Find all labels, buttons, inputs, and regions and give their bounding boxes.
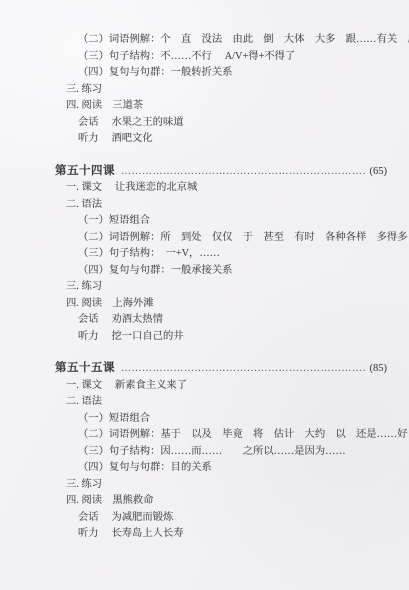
toc-line: 会话 劝酒太热情 xyxy=(78,312,409,329)
toc-line: 会话 为减肥而锻炼 xyxy=(78,510,409,527)
toc-line: 听力 长寿岛上人长寿 xyxy=(78,526,409,543)
toc-line: 四. 阅读 黑熊救命 xyxy=(66,493,409,510)
toc-line: 二. 语法 xyxy=(66,197,409,214)
toc-line: （二）词语例解：基于 以及 毕竟 将 估计 大约 以 还是……好 xyxy=(78,427,409,444)
lesson-title: 第五十四课 xyxy=(55,163,115,180)
toc-line: （三）句子结构：不……不行 A/V+得+不得了 xyxy=(78,49,409,66)
toc-line: （四）复句与句群：一般转折关系 xyxy=(78,65,409,82)
toc-section-lesson-55: 第五十五课 …………………………………………………………………………………………… xyxy=(0,360,409,543)
lesson-header: 第五十四课 …………………………………………………………………………………………… xyxy=(55,163,387,181)
toc-line: 听力 挖一口自己的井 xyxy=(78,329,409,346)
toc-line: （四）复句与句群：目的关系 xyxy=(78,460,409,477)
toc-line: （二）词语例解：个 直 没法 由此 倒 大体 大多 跟……有关 居然 xyxy=(78,32,409,49)
toc-line: 三. 练习 xyxy=(66,82,409,99)
toc-line: 二. 语法 xyxy=(66,394,409,411)
dot-leader: …………………………………………………………………………………………………………… xyxy=(121,361,367,378)
lesson-title: 第五十五课 xyxy=(55,360,115,377)
toc-line: 四. 阅读 三道茶 xyxy=(66,98,409,115)
toc-line: （一）短语组合 xyxy=(78,213,409,230)
toc-line: （三）句子结构： 一+V，…… xyxy=(78,246,409,263)
toc-line: 听力 酒吧文化 xyxy=(78,131,409,148)
toc-line: （二）词语例解：所 到处 仅仅 于 甚至 有时 各种各样 多得多 xyxy=(78,230,409,247)
page-number: (65) xyxy=(370,164,388,181)
toc-line: （三）句子结构：因……而…… 之所以……是因为…… xyxy=(78,444,409,461)
toc-content: （二）词语例解：个 直 没法 由此 倒 大体 大多 跟……有关 居然 （三）句子… xyxy=(0,0,409,543)
dot-leader: …………………………………………………………………………………………………………… xyxy=(121,164,367,181)
toc-line: （一）短语组合 xyxy=(78,411,409,428)
toc-section-lesson-53-partial: （二）词语例解：个 直 没法 由此 倒 大体 大多 跟……有关 居然 （三）句子… xyxy=(0,32,409,148)
toc-line: 四. 阅读 上海外滩 xyxy=(66,296,409,313)
toc-line: （四）复句与句群：一般承接关系 xyxy=(78,263,409,280)
toc-line: 会话 水果之王的味道 xyxy=(78,115,409,132)
scanned-toc-page: （二）词语例解：个 直 没法 由此 倒 大体 大多 跟……有关 居然 （三）句子… xyxy=(0,0,409,590)
lesson-header: 第五十五课 …………………………………………………………………………………………… xyxy=(55,360,387,378)
toc-section-lesson-54: 第五十四课 …………………………………………………………………………………………… xyxy=(0,163,409,346)
page-number: (85) xyxy=(370,361,388,378)
toc-line: 三. 练习 xyxy=(66,477,409,494)
toc-line: 一. 课文 新素食主义来了 xyxy=(66,378,409,395)
toc-line: 三. 练习 xyxy=(66,279,409,296)
toc-line: 一. 课文 让我迷恋的北京城 xyxy=(66,180,409,197)
